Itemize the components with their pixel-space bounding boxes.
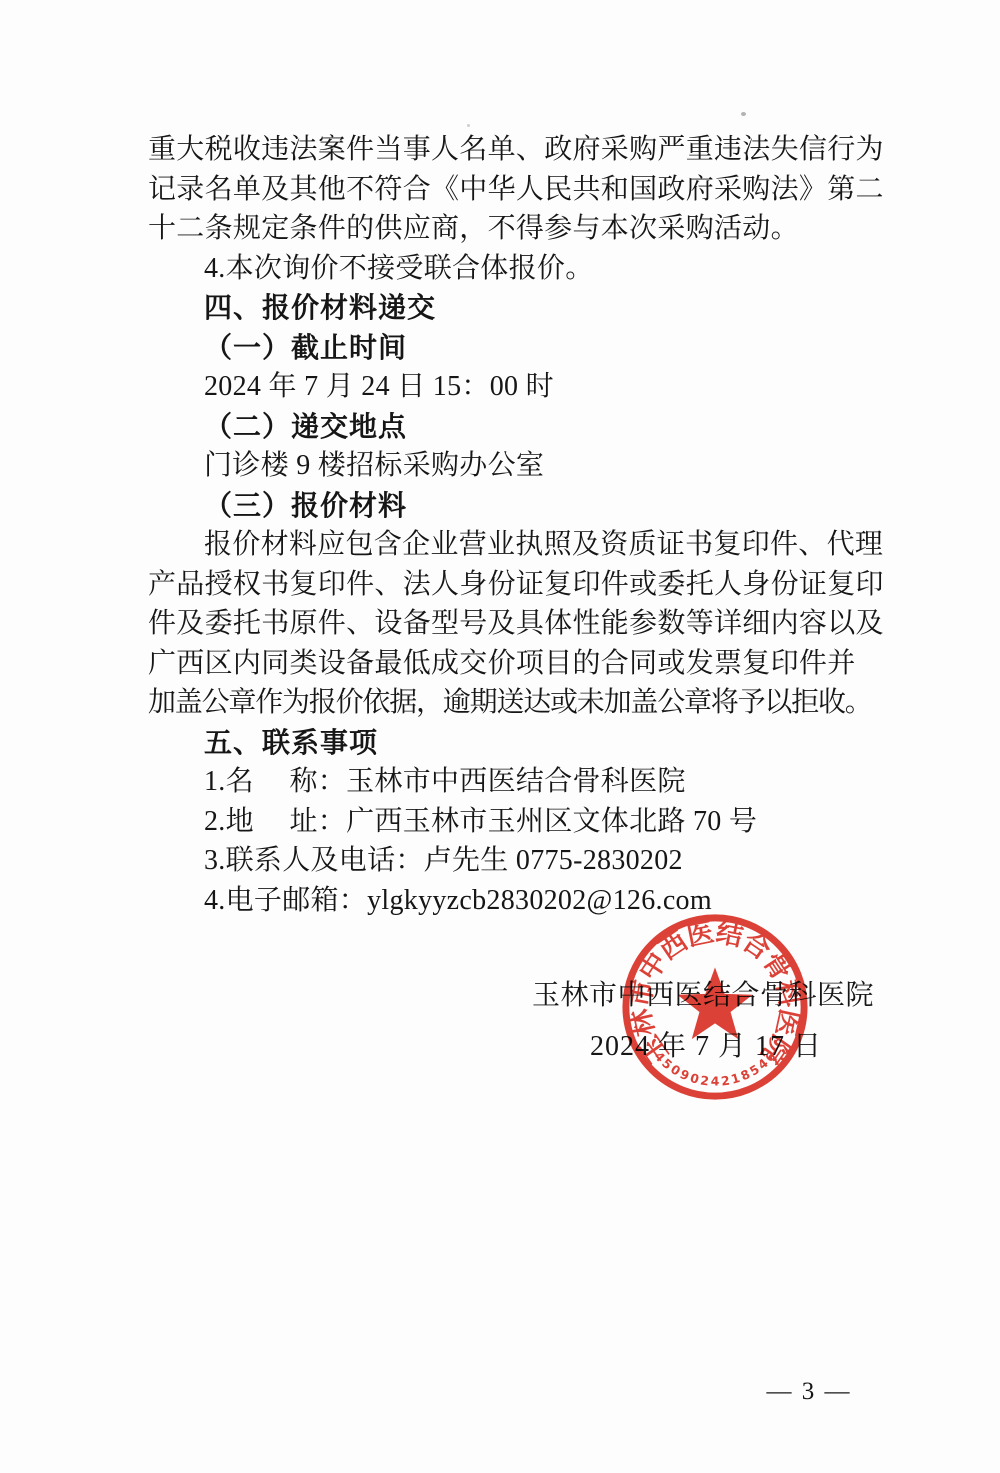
doc-line: 记录名单及其他不符合《中华人民共和国政府采购法》第二 — [148, 170, 882, 210]
svg-text:2: 2 — [720, 1074, 730, 1089]
document-body: 重大税收违法案件当事人名单、政府采购严重违法失信行为 记录名单及其他不符合《中华… — [148, 130, 882, 920]
doc-line: 重大税收违法案件当事人名单、政府采购严重违法失信行为 — [148, 130, 882, 170]
section-heading: 五、联系事项 — [148, 723, 882, 763]
contact-address-line: 2.地 址：广西玉林市玉州区文体北路 70 号 — [148, 802, 882, 842]
scan-speck — [467, 124, 470, 127]
section-heading: （二）递交地点 — [148, 407, 882, 447]
contact-phone-line: 3.联系人及电话：卢先生 0775-2830202 — [148, 841, 882, 881]
doc-line: 加盖公章作为报价依据，逾期送达或未加盖公章将予以拒收。 — [148, 683, 882, 723]
doc-line: 产品授权书复印件、法人身份证复印件或委托人身份证复印 — [148, 565, 882, 605]
svg-text:林: 林 — [625, 1006, 660, 1039]
doc-line: 报价材料应包含企业营业执照及资质证书复印件、代理 — [148, 525, 882, 565]
contact-name-line: 1.名 称：玉林市中西医结合骨科医院 — [148, 762, 882, 802]
section-heading: （一）截止时间 — [148, 328, 882, 368]
official-seal: 玉林市中西医结合骨科医院 4509024218546 — [616, 908, 814, 1106]
svg-text:科: 科 — [771, 978, 805, 1010]
svg-text:4: 4 — [711, 1075, 720, 1089]
doc-line: 4.本次询价不接受联合体报价。 — [148, 249, 882, 289]
svg-text:医: 医 — [684, 917, 716, 952]
svg-text:2: 2 — [699, 1074, 709, 1089]
doc-line: 十二条规定条件的供应商，不得参与本次采购活动。 — [148, 209, 882, 249]
doc-line: 2024 年 7 月 24 日 15：00 时 — [148, 367, 882, 407]
doc-line: 门诊楼 9 楼招标采购办公室 — [148, 446, 882, 486]
scan-speck — [741, 112, 746, 116]
section-heading: （三）报价材料 — [148, 486, 882, 526]
document-page: 重大税收违法案件当事人名单、政府采购严重违法失信行为 记录名单及其他不符合《中华… — [0, 0, 1000, 1473]
doc-line: 件及委托书原件、设备型号及具体性能参数等详细内容以及 — [148, 604, 882, 644]
star-icon — [677, 967, 752, 1039]
page-number: — 3 — — [766, 1378, 852, 1406]
section-heading: 四、报价材料递交 — [148, 288, 882, 328]
doc-line: 广西区内同类设备最低成交价项目的合同或发票复印件并 — [148, 644, 882, 684]
